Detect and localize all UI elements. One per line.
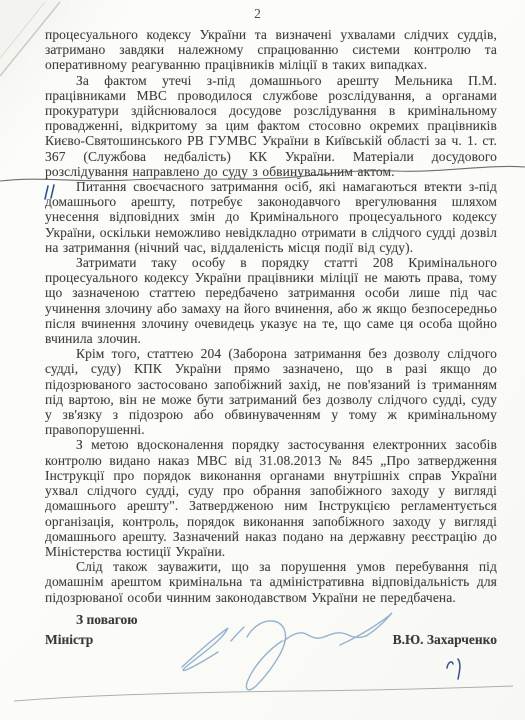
letter-body: процесуального кодексу України та визнач…	[45, 27, 497, 605]
scanned-letter-page: 2 процесуального кодексу України та визн…	[0, 0, 525, 720]
signer-name: В.Ю. Захарченко	[393, 632, 497, 648]
closing-block: З повагою Міністр В.Ю. Захарченко	[45, 612, 497, 648]
bottom-crease-line-icon	[14, 686, 513, 701]
paragraph-article-204: Крім того, статтею 204 (Заборона затрима…	[45, 346, 497, 437]
paragraph-detention-issue: Питання своєчасного затримання осіб, які…	[45, 179, 497, 255]
paragraph-control-system: процесуального кодексу України та визнач…	[45, 27, 497, 73]
page-number: 2	[0, 6, 515, 22]
signer-title: Міністр	[45, 632, 93, 648]
corner-mark-icon	[447, 659, 460, 679]
closing-salutation: З повагою	[45, 612, 497, 628]
paragraph-escape-investigation: За фактом утечі з-під домашнього арешту …	[45, 73, 497, 179]
paragraph-article-208: Затримати таку особу в порядку статті 20…	[45, 255, 497, 346]
paragraph-liability-note: Слід також зауважити, що за порушення ум…	[45, 559, 497, 605]
paragraph-order-845: З метою вдосконалення порядку застосуван…	[45, 437, 497, 559]
